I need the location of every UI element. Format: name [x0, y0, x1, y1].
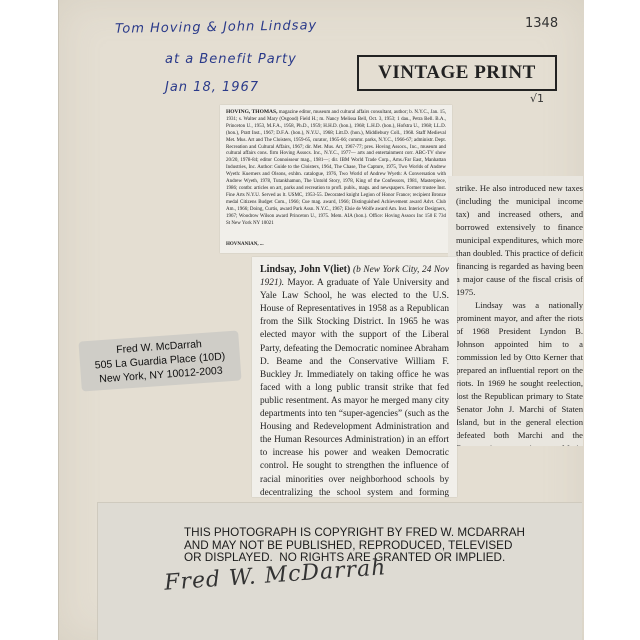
lindsay-continuation-column: strike. He also introduced new taxes (in… — [448, 176, 583, 446]
handwritten-caption-line-2: at a Benefit Party — [165, 52, 297, 67]
copyright-card: THIS PHOTOGRAPH IS COPYRIGHT BY FRED W. … — [97, 502, 582, 640]
hoving-next-entry: HOVNANIAN, ... — [226, 242, 264, 249]
lindsay-body: Mayor. A graduate of Yale University and… — [260, 278, 449, 497]
lindsay-heading: Lindsay, John V(liet) — [260, 264, 350, 275]
hoving-heading: HOVING, THOMAS, — [226, 109, 277, 115]
stamp-initials: √1 — [530, 92, 544, 105]
continuation-paragraph-2: Lindsay was a nationally prominent mayor… — [456, 300, 583, 446]
reference-number: 1348 — [525, 16, 558, 31]
lindsay-biography-clipping: Lindsay, John V(liet) (b New York City, … — [252, 257, 457, 497]
hoving-biography-clipping: HOVING, THOMAS, magazine editor, museum … — [220, 105, 452, 253]
continuation-paragraph-1: strike. He also introduced new taxes (in… — [456, 183, 583, 297]
vintage-print-stamp: VINTAGE PRINT — [357, 55, 557, 91]
handwritten-date: Jan 18, 1967 — [165, 80, 259, 95]
hoving-body: magazine editor, museum and cultural aff… — [226, 110, 446, 226]
